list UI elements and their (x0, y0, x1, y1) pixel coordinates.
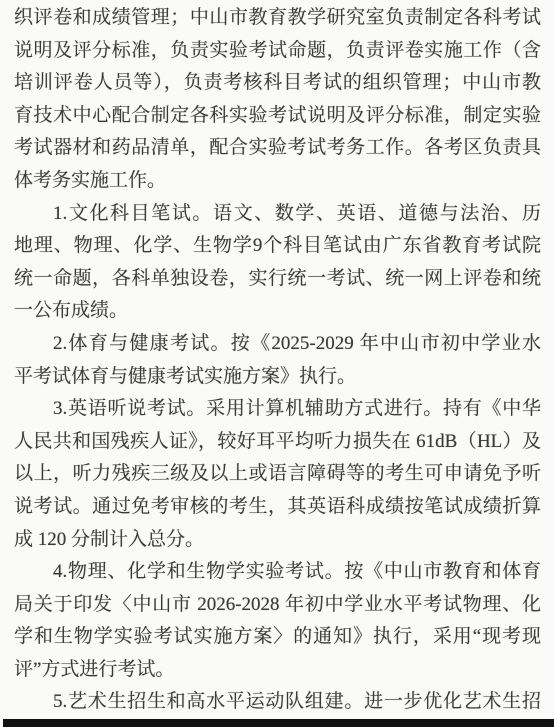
document-scan-page: 织评卷和成绩管理；中山市教育教学研究室负责制定各科考试说明及评分标准，负责实验考… (0, 0, 554, 727)
text-line: 人民共和国残疾人证》，较好耳平均听力损失在 61dB（HL）及 (14, 426, 541, 459)
text-line: 考试器材和药品清单，配合实验考试考务工作。各考区负责具 (14, 132, 541, 165)
text-line: 织评卷和成绩管理；中山市教育教学研究室负责制定各科考试 (14, 2, 541, 35)
text-line: 5.艺术生招生和高水平运动队组建。进一步优化艺术生招 (14, 686, 541, 719)
text-line: 1.文化科目笔试。语文、数学、英语、道德与法治、历史、 (14, 198, 541, 231)
text-line: 局关于印发〈中山市 2026-2028 年初中学业水平考试物理、化 (14, 589, 541, 622)
text-line: 2.体育与健康考试。按《2025-2029 年中山市初中学业水 (14, 328, 541, 361)
text-line: 培训评卷人员等），负责考核科目考试的组织管理；中山市教 (14, 67, 541, 100)
text-line: 学和生物学实验考试实施方案〉的通知》执行，采用“现考现 (14, 621, 541, 654)
text-line: 3.英语听说考试。采用计算机辅助方式进行。持有《中华 (14, 393, 541, 426)
text-line: 说明及评分标准，负责实验考试命题，负责评卷实施工作（含 (14, 35, 541, 68)
text-line: 一公布成绩。 (14, 295, 541, 328)
text-line: 体考务实施工作。 (14, 165, 541, 198)
text-line: 统一命题，各科单独设卷，实行统一考试、统一网上评卷和统 (14, 263, 541, 296)
text-line: 平考试体育与健康考试实施方案》执行。 (14, 361, 541, 394)
text-line: 评”方式进行考试。 (14, 654, 541, 687)
text-line: 以上，听力残疾三级及以上或语言障碍等的考生可申请免予听 (14, 458, 541, 491)
text-line: 育技术中心配合制定各科实验考试说明及评分标准，制定实验 (14, 100, 541, 133)
text-block: 织评卷和成绩管理；中山市教育教学研究室负责制定各科考试说明及评分标准，负责实验考… (14, 2, 541, 719)
text-line: 4.物理、化学和生物学实验考试。按《中山市教育和体育 (14, 556, 541, 589)
text-line: 地理、物理、化学、生物学9个科目笔试由广东省教育考试院 (14, 230, 541, 263)
text-line: 说考试。通过免考审核的考生，其英语科成绩按笔试成绩折算 (14, 491, 541, 524)
text-line: 成 120 分制计入总分。 (14, 524, 541, 557)
page-bottom-edge (3, 719, 554, 727)
